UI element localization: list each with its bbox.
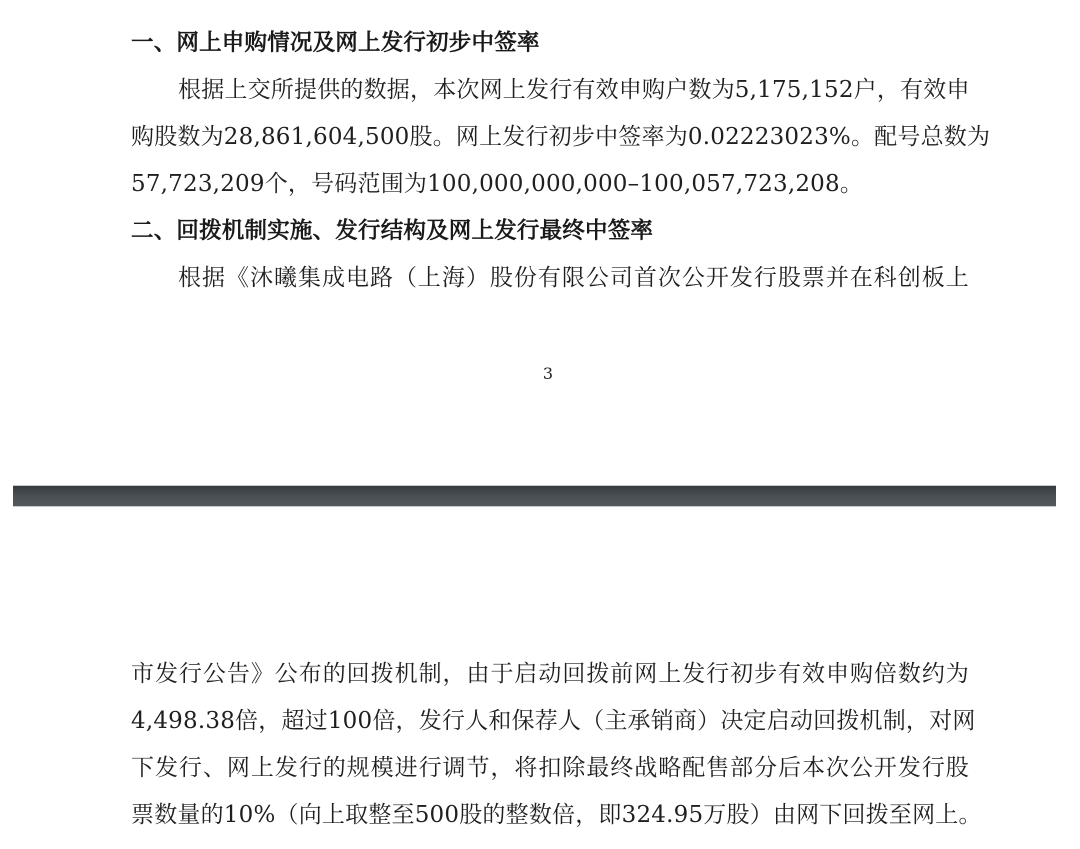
section-1-paragraph-line-2: 购股数为28,861,604,500股。网上发行初步中签率为0.02223023… — [131, 114, 969, 161]
section-2-paragraph-line-3: 4,498.38倍，超过100倍，发行人和保荐人（主承销商）决定启动回拨机制，对… — [131, 698, 969, 745]
page-number: 3 — [0, 364, 1080, 383]
page-3-text-column: 一、网上申购情况及网上发行初步中签率 根据上交所提供的数据，本次网上发行有效申购… — [131, 20, 969, 302]
page-break-separator — [13, 485, 1056, 507]
section-2-paragraph-line-4: 下发行、网上发行的规模进行调节，将扣除最终战略配售部分后本次公开发行股 — [131, 745, 969, 792]
section-1-paragraph-line-3: 57,723,209个，号码范围为100,000,000,000–100,057… — [131, 161, 969, 208]
section-2-paragraph-line-2: 市发行公告》公布的回拨机制，由于启动回拨前网上发行初步有效申购倍数约为 — [131, 651, 969, 698]
section-1-paragraph-line-1: 根据上交所提供的数据，本次网上发行有效申购户数为5,175,152户，有效申 — [131, 67, 969, 114]
document-page-3: 一、网上申购情况及网上发行初步中签率 根据上交所提供的数据，本次网上发行有效申购… — [0, 0, 1080, 485]
page-4-text-column: 市发行公告》公布的回拨机制，由于启动回拨前网上发行初步有效申购倍数约为 4,49… — [131, 651, 969, 839]
document-page-4: 市发行公告》公布的回拨机制，由于启动回拨前网上发行初步有效申购倍数约为 4,49… — [0, 507, 1080, 849]
section-2-heading: 二、回拨机制实施、发行结构及网上发行最终中签率 — [131, 208, 969, 255]
section-2-paragraph-line-1: 根据《沐曦集成电路（上海）股份有限公司首次公开发行股票并在科创板上 — [131, 255, 969, 302]
section-1-heading: 一、网上申购情况及网上发行初步中签率 — [131, 20, 969, 67]
section-2-paragraph-line-5: 票数量的10%（向上取整至500股的整数倍，即324.95万股）由网下回拨至网上… — [131, 792, 969, 839]
